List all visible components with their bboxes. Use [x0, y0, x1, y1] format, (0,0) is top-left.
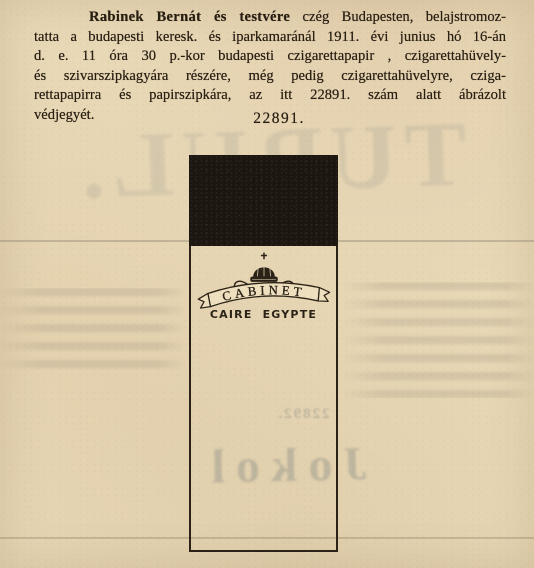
trademark-figure: CABINET CAIRE EGYPTE: [189, 155, 338, 552]
svg-text:CABINET: CABINET: [220, 281, 306, 304]
paragraph-line-1: Rabinek Bernát és testvére czég Budapest…: [34, 8, 506, 28]
paragraph-line-4: és szivarszipkagyára részére, még pedig …: [34, 67, 506, 87]
gazette-page: TURUL. 22892. Jokol Rabinek Bernát és te…: [0, 0, 534, 568]
black-band: [189, 155, 338, 246]
brand-name: CABINET: [220, 281, 306, 304]
paragraph-line-5: rettapapirra és papirszipkára, az itt 22…: [34, 86, 506, 106]
paragraph-line-1-rest: czég Budapesten, belajstromoz-: [303, 9, 506, 25]
figure-number: 22891.: [40, 110, 518, 128]
ribbon-banner: CABINET: [197, 280, 330, 309]
bleed-through-text-left: [0, 288, 186, 372]
paragraph-line-2: tatta a budapesti keresk. és iparkamarán…: [34, 28, 506, 48]
registrant-name: Rabinek Bernát és testvére: [89, 9, 290, 25]
registration-paragraph: Rabinek Bernát és testvére czég Budapest…: [34, 8, 506, 126]
bleed-through-text-right: [342, 282, 534, 398]
trademark-emblem: CABINET: [193, 250, 335, 314]
paragraph-line-3: d. e. 11 óra 30 p.-kor budapesti czigare…: [34, 47, 506, 67]
origin-caption: CAIRE EGYPTE: [191, 308, 336, 321]
